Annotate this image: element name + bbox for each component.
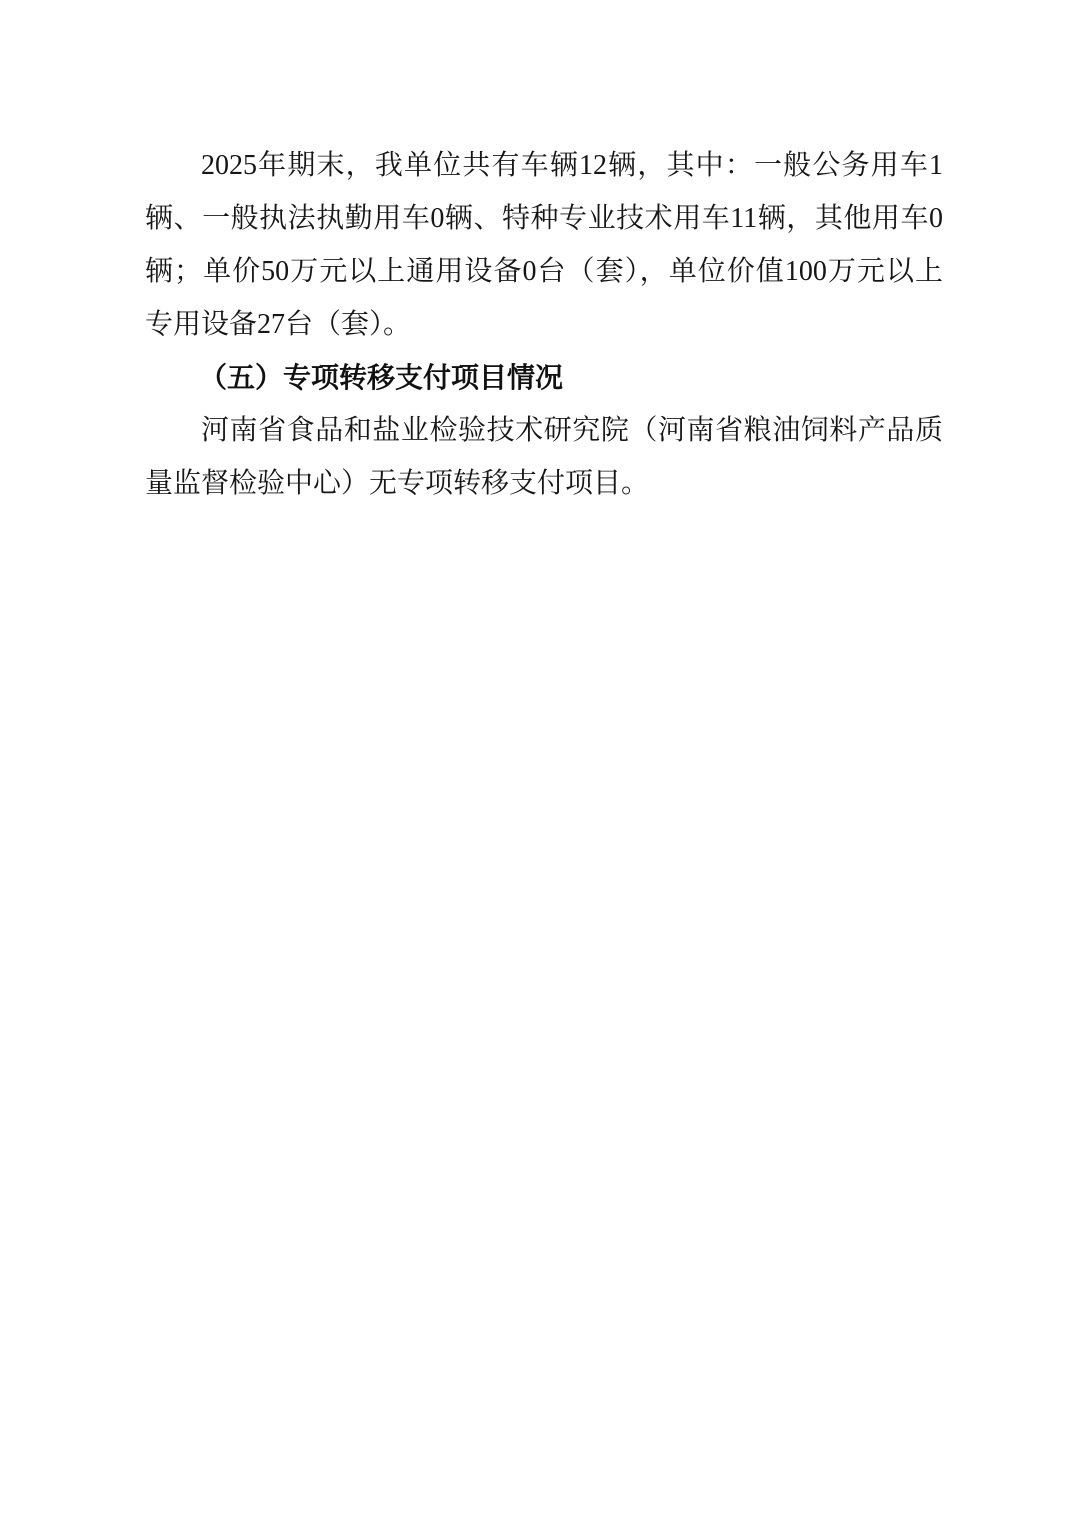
transfer-paragraph-line-2: 量监督检验中心）无专项转移支付项目。 (145, 457, 943, 510)
assets-paragraph-line-4: 专用设备27台（套）。 (145, 298, 943, 351)
assets-paragraph-line-3: 辆；单价50万元以上通用设备0台（套），单位价值100万元以上 (145, 245, 943, 298)
assets-paragraph-line-1: 2025年期末，我单位共有车辆12辆，其中：一般公务用车1 (145, 139, 943, 192)
page-content: 2025年期末，我单位共有车辆12辆，其中：一般公务用车1 辆、一般执法执勤用车… (145, 139, 943, 510)
transfer-paragraph-line-1: 河南省食品和盐业检验技术研究院（河南省粮油饲料产品质 (145, 404, 943, 457)
section-heading-special-transfer: （五）专项转移支付项目情况 (145, 351, 943, 404)
document-page: 2025年期末，我单位共有车辆12辆，其中：一般公务用车1 辆、一般执法执勤用车… (0, 0, 1080, 1527)
assets-paragraph-line-2: 辆、一般执法执勤用车0辆、特种专业技术用车11辆，其他用车0 (145, 192, 943, 245)
